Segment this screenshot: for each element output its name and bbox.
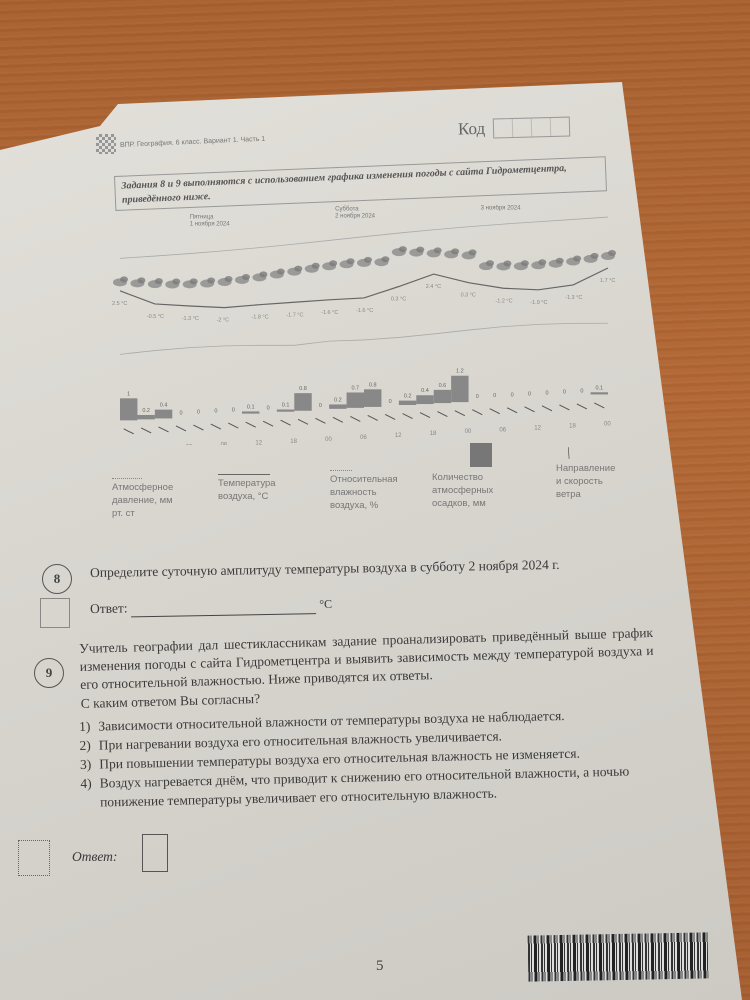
answer-label: Ответ: (72, 848, 117, 866)
svg-text:-1.6 °C: -1.6 °C (321, 310, 338, 316)
svg-text:2.4 °C: 2.4 °C (426, 284, 441, 290)
legend-pressure: Атмосферное давление, мм рт. ст (112, 478, 182, 520)
svg-text:0.1: 0.1 (282, 403, 290, 409)
barcode (528, 932, 709, 981)
svg-text:-1.6 °C: -1.6 °C (356, 308, 373, 314)
svg-text:18: 18 (290, 439, 297, 445)
svg-text:-1.9 °C: -1.9 °C (530, 300, 547, 306)
svg-text:Суббота: Суббота (335, 207, 359, 213)
svg-text:0.7: 0.7 (351, 385, 359, 391)
svg-text:06: 06 (499, 427, 506, 433)
question-9-answer-field[interactable] (142, 834, 168, 872)
svg-text:1 ноября 2024: 1 ноября 2024 (190, 222, 231, 228)
svg-text:0: 0 (214, 409, 217, 415)
svg-text:18: 18 (430, 431, 437, 437)
qr-code-icon (96, 134, 116, 154)
svg-text:12: 12 (395, 433, 402, 439)
weather-chart: Пятница1 ноября 2024Суббота2 ноября 2024… (108, 205, 618, 445)
svg-text:18: 18 (569, 423, 576, 429)
legend-temperature: Температура воздуха, °С (218, 474, 288, 504)
svg-text:0: 0 (580, 388, 583, 394)
svg-text:-1.2 °C: -1.2 °C (495, 298, 512, 304)
svg-text:0.2: 0.2 (142, 408, 150, 414)
svg-text:0.6: 0.6 (439, 383, 447, 389)
question-9-number: 9 (34, 658, 64, 688)
svg-text:0.3 °C: 0.3 °C (461, 293, 476, 299)
svg-text:1: 1 (127, 391, 130, 397)
legend-precip-square (470, 443, 492, 467)
svg-text:0.4: 0.4 (421, 388, 429, 394)
svg-text:0: 0 (319, 403, 322, 409)
answer-label: Ответ: (90, 600, 128, 616)
svg-text:0: 0 (493, 393, 496, 399)
legend-dotted-line (112, 478, 142, 479)
code-input-cells[interactable] (493, 117, 570, 139)
svg-text:0: 0 (545, 390, 548, 396)
svg-text:0: 0 (528, 391, 531, 397)
svg-text:0.8: 0.8 (299, 386, 307, 392)
code-field: Код (458, 117, 571, 140)
svg-text:-1.7 °C: -1.7 °C (286, 312, 303, 318)
svg-text:3 ноября 2024: 3 ноября 2024 (481, 206, 522, 212)
svg-text:00: 00 (604, 422, 611, 428)
svg-text:-1.8 °C: -1.8 °C (251, 315, 268, 321)
svg-text:1.2: 1.2 (456, 369, 464, 375)
legend-solid-line (218, 474, 270, 475)
svg-text:0: 0 (232, 408, 235, 414)
svg-text:0: 0 (563, 389, 566, 395)
svg-text:12: 12 (255, 441, 262, 445)
svg-text:0.2: 0.2 (404, 394, 412, 400)
svg-text:0: 0 (511, 392, 514, 398)
svg-text:-2 °C: -2 °C (217, 318, 230, 324)
svg-text:0: 0 (476, 394, 479, 400)
svg-text:00: 00 (465, 429, 472, 435)
svg-text:0: 0 (197, 410, 200, 416)
svg-text:0.1: 0.1 (595, 385, 603, 391)
svg-text:0.3 °C: 0.3 °C (391, 297, 406, 303)
code-label: Код (458, 119, 486, 140)
svg-text:0.8: 0.8 (369, 382, 377, 388)
svg-text:0.2: 0.2 (334, 397, 342, 403)
svg-text:06: 06 (221, 443, 228, 445)
svg-text:1.7 °C: 1.7 °C (600, 278, 615, 284)
question-9-score-box (18, 840, 50, 876)
svg-text:0: 0 (267, 406, 270, 412)
question-9-prompt: С каким ответом Вы согласны? (81, 691, 261, 711)
svg-text:00: 00 (325, 437, 332, 443)
svg-text:12: 12 (534, 425, 541, 431)
svg-text:0.4: 0.4 (160, 403, 168, 409)
question-8-number: 8 (42, 564, 72, 594)
svg-text:-1.3 °C: -1.3 °C (182, 316, 199, 322)
svg-text:0: 0 (179, 410, 182, 416)
svg-text:0: 0 (389, 399, 392, 405)
legend-humidity: Относительная влажность воздуха, % (330, 470, 410, 512)
svg-text:0.1: 0.1 (247, 404, 255, 410)
svg-text:2.5 °C: 2.5 °C (112, 301, 127, 307)
legend-dotted-line (330, 470, 352, 471)
legend-wind: Направление и скорость ветра (556, 463, 616, 501)
legend-precipitation: Количество атмосферных осадков, мм (432, 472, 504, 510)
page-number: 5 (376, 958, 384, 975)
unit-label: °С (319, 597, 332, 611)
question-9-options: 1)Зависимости относительной влажности от… (79, 705, 671, 813)
svg-text:-0.5 °C: -0.5 °C (147, 314, 164, 320)
svg-text:Пятница: Пятница (190, 215, 214, 221)
question-8-score-box (40, 598, 70, 628)
svg-text:-1.3 °C: -1.3 °C (565, 295, 582, 301)
svg-text:06: 06 (360, 435, 367, 441)
svg-text:2 ноября 2024: 2 ноября 2024 (335, 214, 376, 220)
